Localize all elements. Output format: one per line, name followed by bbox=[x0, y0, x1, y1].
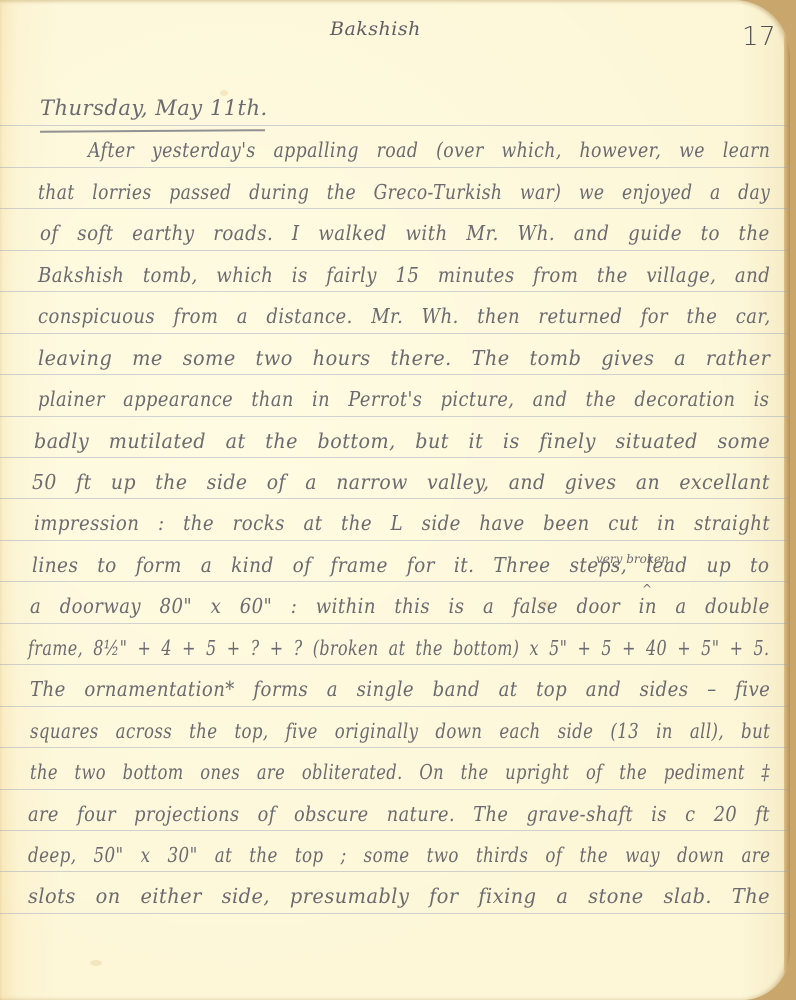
text-line: are four projections of obscure nature. … bbox=[28, 802, 770, 826]
ruled-line bbox=[0, 581, 790, 582]
notebook-page: Bakshish 17 Thursday, May 11th. After ye… bbox=[0, 0, 790, 1000]
ruled-line bbox=[0, 167, 790, 168]
text-line: conspicuous from a distance. Mr. Wh. the… bbox=[38, 304, 771, 328]
ruled-line bbox=[0, 416, 790, 417]
ruled-line bbox=[0, 540, 790, 541]
page-number: 17 bbox=[742, 22, 776, 52]
text-line: that lorries passed during the Greco-Tur… bbox=[38, 180, 770, 204]
text-line: frame, 8½" + 4 + 5 + ? + ? (broken at th… bbox=[28, 636, 769, 660]
ruled-line bbox=[0, 374, 790, 375]
ruled-line bbox=[0, 913, 790, 914]
date-underline bbox=[40, 129, 265, 133]
ruled-line bbox=[0, 789, 790, 790]
ruled-line bbox=[0, 125, 790, 126]
text-line: The ornamentation* forms a single band a… bbox=[30, 677, 770, 701]
text-line: Bakshish tomb, which is fairly 15 minute… bbox=[38, 263, 770, 287]
text-line: squares across the top, five originally … bbox=[30, 719, 770, 743]
text-line: deep, 50" x 30" at the top ; some two th… bbox=[28, 843, 770, 867]
text-line: a doorway 80" x 60" : within this is a f… bbox=[30, 594, 770, 618]
text-line: slots on either side, presumably for fix… bbox=[28, 884, 770, 908]
ruled-line bbox=[0, 706, 790, 707]
page-edge bbox=[784, 0, 790, 1000]
ruled-line bbox=[0, 498, 790, 499]
page-header-title: Bakshish bbox=[330, 18, 421, 40]
ruled-line bbox=[0, 830, 790, 831]
insertion-caret: ^ bbox=[642, 582, 652, 596]
ruled-line bbox=[0, 457, 790, 458]
paper-stain bbox=[90, 960, 102, 966]
interlinear-insertion: very broken bbox=[596, 552, 669, 566]
text-line: leaving me some two hours there. The tom… bbox=[38, 346, 770, 370]
ruled-line bbox=[0, 333, 790, 334]
text-line: the two bottom ones are obliterated. On … bbox=[30, 760, 770, 784]
ruled-line bbox=[0, 208, 790, 209]
text-line: badly mutilated at the bottom, but it is… bbox=[34, 429, 770, 453]
text-line: plainer appearance than in Perrot's pict… bbox=[38, 387, 769, 411]
text-line: impression : the rocks at the L side hav… bbox=[34, 511, 770, 535]
text-line: After yesterday's appalling road (over w… bbox=[88, 138, 770, 162]
ruled-line bbox=[0, 871, 790, 872]
ruled-line bbox=[0, 623, 790, 624]
ruled-line bbox=[0, 664, 790, 665]
text-line: of soft earthy roads. I walked with Mr. … bbox=[40, 221, 770, 245]
ruled-line bbox=[0, 747, 790, 748]
ruled-line bbox=[0, 250, 790, 251]
text-line: 50 ft up the side of a narrow valley, an… bbox=[32, 470, 770, 494]
ruled-line bbox=[0, 291, 790, 292]
entry-date-heading: Thursday, May 11th. bbox=[40, 96, 268, 120]
